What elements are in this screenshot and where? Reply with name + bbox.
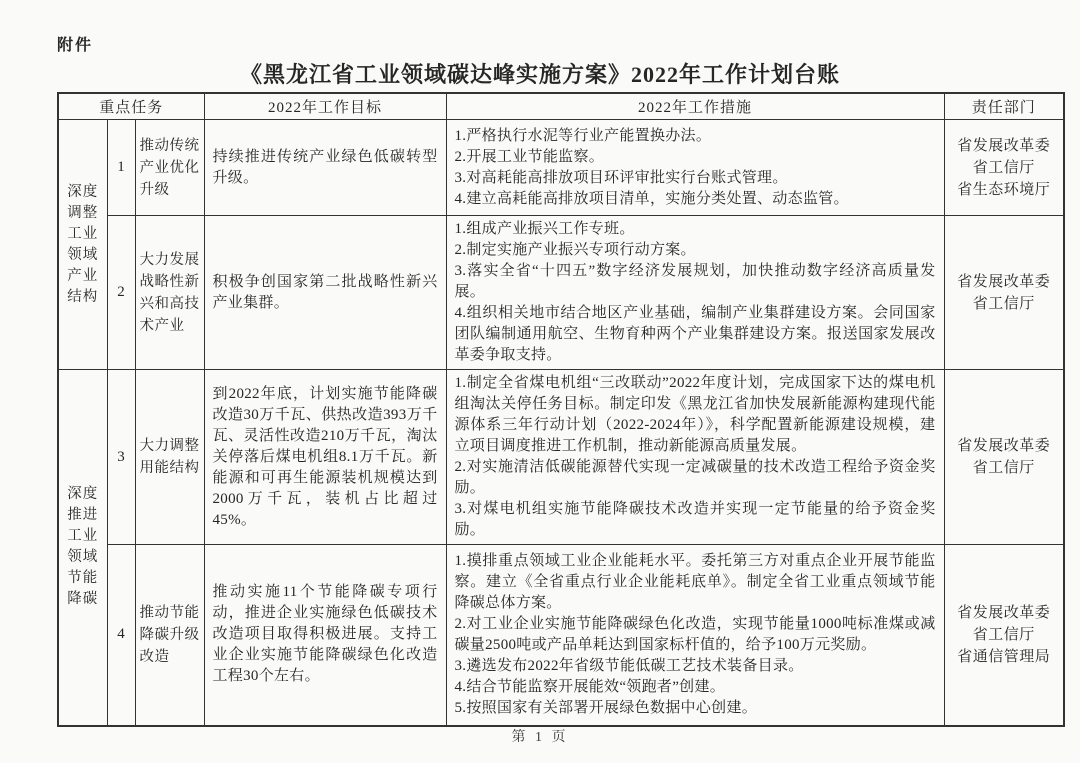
goal-cell: 积极争创国家第二批战略性新兴产业集群。: [204, 216, 446, 370]
task-name: 大力发展战略性新兴和高技术产业: [135, 216, 204, 370]
task-name: 推动节能降碳升级改造: [135, 545, 204, 726]
measure-item: 3.遴选发布2022年省级节能低碳工艺技术装备目录。: [455, 656, 936, 677]
goal-cell: 到2022年底，计划实施节能降碳改造30万千瓦、供热改造393万千瓦、灵活性改造…: [204, 370, 446, 545]
header-measures: 2022年工作措施: [446, 93, 944, 120]
work-plan-table: 重点任务 2022年工作目标 2022年工作措施 责任部门 深度调整工业领域产业…: [57, 92, 1065, 727]
department-item: 省发展改革委: [949, 135, 1060, 157]
measure-item: 3.落实全省“十四五”数字经济发展规划，加快推动数字经济高质量发展。: [455, 261, 936, 303]
department-item: 省工信厅: [949, 293, 1060, 315]
table-row: 2 大力发展战略性新兴和高技术产业 积极争创国家第二批战略性新兴产业集群。 1.…: [58, 216, 1064, 370]
departments-cell: 省发展改革委 省工信厅: [944, 370, 1064, 545]
measures-cell: 1.摸排重点领域工业企业能耗水平。委托第三方对重点企业开展节能监察。建立《全省重…: [446, 545, 944, 726]
measure-item: 5.按照国家有关部署开展绿色数据中心创建。: [455, 698, 936, 719]
task-name: 推动传统产业优化升级: [135, 120, 204, 216]
page-number: 第 1 页: [0, 726, 1080, 746]
table-row: 深度推进工业领域节能降碳 3 大力调整用能结构 到2022年底，计划实施节能降碳…: [58, 370, 1064, 545]
row-number: 4: [107, 545, 135, 726]
task-name: 大力调整用能结构: [135, 370, 204, 545]
measures-cell: 1.制定全省煤电机组“三改联动”2022年度计划，完成国家下达的煤电机组淘汰关停…: [446, 370, 944, 545]
header-goals: 2022年工作目标: [204, 93, 446, 120]
goal-cell: 推动实施11个节能降碳专项行动，推进企业实施绿色低碳技术改造项目取得积极进展。支…: [204, 545, 446, 726]
department-item: 省通信管理局: [949, 646, 1060, 668]
measure-item: 2.开展工业节能监察。: [455, 147, 936, 168]
department-item: 省工信厅: [949, 157, 1060, 179]
department-item: 省发展改革委: [949, 435, 1060, 457]
measure-item: 1.严格执行水泥等行业产能置换办法。: [455, 126, 936, 147]
measure-item: 2.对工业企业实施节能降碳绿色化改造，实现节能量1000吨标准煤或减碳量2500…: [455, 614, 936, 656]
departments-cell: 省发展改革委 省工信厅 省通信管理局: [944, 545, 1064, 726]
measure-item: 2.对实施清洁低碳能源替代实现一定减碳量的技术改造工程给予资金奖励。: [455, 457, 936, 499]
department-item: 省生态环境厅: [949, 179, 1060, 201]
measure-item: 3.对煤电机组实施节能降碳技术改造并实现一定节能量的给予资金奖励。: [455, 499, 936, 541]
department-item: 省工信厅: [949, 457, 1060, 479]
table-header-row: 重点任务 2022年工作目标 2022年工作措施 责任部门: [58, 93, 1064, 120]
group-cell-industry-structure: 深度调整工业领域产业结构: [58, 120, 107, 370]
department-item: 省发展改革委: [949, 271, 1060, 293]
row-number: 2: [107, 216, 135, 370]
row-number: 3: [107, 370, 135, 545]
table-row: 4 推动节能降碳升级改造 推动实施11个节能降碳专项行动，推进企业实施绿色低碳技…: [58, 545, 1064, 726]
department-item: 省发展改革委: [949, 602, 1060, 624]
measures-cell: 1.严格执行水泥等行业产能置换办法。 2.开展工业节能监察。 3.对高耗能高排放…: [446, 120, 944, 216]
departments-cell: 省发展改革委 省工信厅: [944, 216, 1064, 370]
measure-item: 3.对高耗能高排放项目环评审批实行台账式管理。: [455, 168, 936, 189]
attachment-label: 附件: [57, 32, 93, 55]
table-row: 深度调整工业领域产业结构 1 推动传统产业优化升级 持续推进传统产业绿色低碳转型…: [58, 120, 1064, 216]
measure-item: 2.制定实施产业振兴专项行动方案。: [455, 240, 936, 261]
department-item: 省工信厅: [949, 624, 1060, 646]
departments-cell: 省发展改革委 省工信厅 省生态环境厅: [944, 120, 1064, 216]
group-cell-energy-saving: 深度推进工业领域节能降碳: [58, 370, 107, 726]
header-departments: 责任部门: [944, 93, 1064, 120]
measure-item: 4.结合节能监察开展能效“领跑者”创建。: [455, 677, 936, 698]
measure-item: 4.组织相关地市结合地区产业基础，编制产业集群建设方案。会同国家团队编制通用航空…: [455, 303, 936, 366]
measures-cell: 1.组成产业振兴工作专班。 2.制定实施产业振兴专项行动方案。 3.落实全省“十…: [446, 216, 944, 370]
header-key-tasks: 重点任务: [58, 93, 204, 120]
measure-item: 4.建立高耗能高排放项目清单，实施分类处置、动态监管。: [455, 189, 936, 210]
row-number: 1: [107, 120, 135, 216]
measure-item: 1.制定全省煤电机组“三改联动”2022年度计划，完成国家下达的煤电机组淘汰关停…: [455, 373, 936, 457]
measure-item: 1.摸排重点领域工业企业能耗水平。委托第三方对重点企业开展节能监察。建立《全省重…: [455, 551, 936, 614]
measure-item: 1.组成产业振兴工作专班。: [455, 219, 936, 240]
page-title: 《黑龙江省工业领域碳达峰实施方案》2022年工作计划台账: [0, 58, 1080, 89]
goal-cell: 持续推进传统产业绿色低碳转型升级。: [204, 120, 446, 216]
